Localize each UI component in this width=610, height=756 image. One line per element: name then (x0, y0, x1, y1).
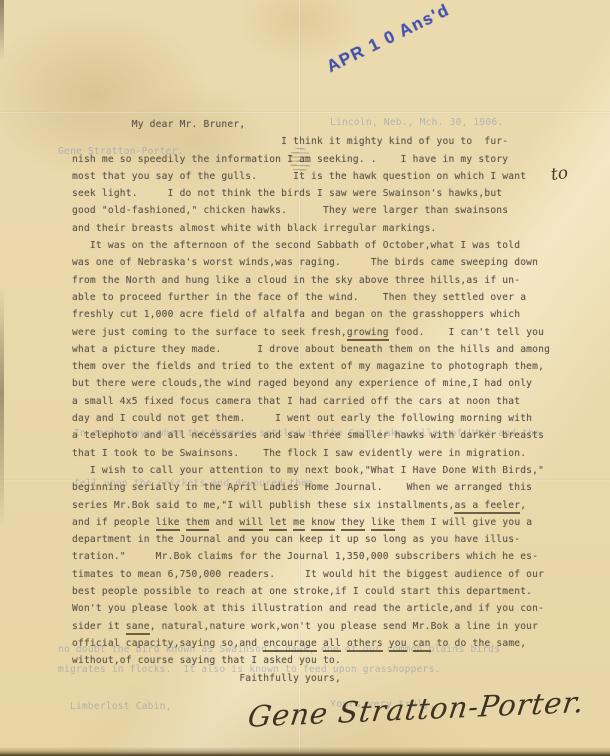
handwritten-marginal-note: to (550, 163, 570, 185)
letter-line: them over the fields and tried to the ex… (72, 358, 558, 375)
underlined-word: like (156, 517, 180, 531)
underlined-word: others (347, 638, 383, 652)
underlined-word: can (413, 638, 431, 652)
letter-line: It was on the afternoon of the second Sa… (72, 237, 558, 254)
underlined-word: as a feeler (454, 500, 520, 514)
letter-line: tration." Mr.Bok claims for the Journal … (72, 548, 558, 565)
letter-line: but there were clouds,the wind raged bey… (72, 375, 558, 392)
handwritten-signature: Gene Stratton-Porter. (246, 684, 600, 733)
letter-line: best people possible to reach at one str… (72, 583, 558, 600)
paper-left-edge-shadow (0, 0, 4, 756)
letter-line: freshly cut 1,000 acre field of alfalfa … (72, 306, 558, 323)
letter-line: department in the Journal and you can ke… (72, 531, 558, 548)
letter-line: Faithfully yours, (72, 670, 558, 687)
letter-line: most that you say of the gulls. It is th… (72, 168, 558, 185)
date-received-stamp: APR 1 0 Ans'd (324, 0, 454, 77)
letter-line: that I took to be Swainsons. The flock I… (72, 445, 558, 462)
underlined-word: they (341, 517, 365, 531)
letter-line: seek light. I do not think the birds I s… (72, 185, 558, 202)
letter-line: able to proceed further in the face of t… (72, 289, 558, 306)
underlined-word: them (186, 517, 210, 531)
horizontal-fold-crease-top (0, 111, 610, 114)
underlined-word: know (311, 517, 335, 531)
underlined-word: you (389, 638, 407, 652)
letter-line: timates to mean 6,750,000 readers. It wo… (72, 566, 558, 583)
underlined-word: like (371, 517, 395, 531)
letter-line: nish me so speedily the information I am… (72, 151, 558, 168)
underlined-word: encourage (263, 638, 317, 652)
letter-line: were just coming to the surface to seek … (72, 324, 558, 341)
letter-line: good "old-fashioned," chicken hawks. The… (72, 202, 558, 219)
letter-line: a small 4x5 fixed focus camera that I ha… (72, 393, 558, 410)
letter-line: day and I could not get them. I went out… (72, 410, 558, 427)
underlined-word: let (269, 517, 287, 531)
letter-body: My dear Mr. Bruner, I think it mighty ki… (72, 116, 558, 687)
letter-line: Won't you please look at this illustrati… (72, 600, 558, 617)
letter-line: was one of Nebraska's worst winds,was ra… (72, 254, 558, 271)
ink-smudge-mark (289, 147, 311, 173)
underlined-word: growing (347, 327, 389, 341)
letter-line: sider it sane, natural,nature work,won't… (72, 618, 558, 635)
underlined-word: all (323, 638, 341, 652)
letter-line: official capacity,saying so,and encourag… (72, 635, 558, 652)
letter-line: I wish to call your attention to my next… (72, 462, 558, 479)
letter-line: a telephoto and all necessaries and saw … (72, 427, 558, 444)
letter-line: beginning serially in the April Ladies H… (72, 479, 558, 496)
letter-line: what a picture they made. I drove about … (72, 341, 558, 358)
letter-line: My dear Mr. Bruner, (72, 116, 558, 133)
letter-line: and their breasts almost white with blac… (72, 220, 558, 237)
paper-bottom-edge-shadow (0, 747, 610, 756)
underlined-word: sane (126, 621, 150, 635)
letter-photo: { "stamp": { "text": "APR 1 0 Ans'd", "c… (0, 0, 610, 756)
ghost-address-text: Limberlost Cabin, (70, 701, 172, 712)
letter-line: without,of course saying that I asked yo… (72, 652, 558, 669)
underlined-word: will (239, 517, 263, 531)
letter-line: I think it mighty kind of you to fur- (72, 133, 558, 150)
underlined-word: me (293, 517, 305, 531)
letter-line: series Mr.Bok said to me,"I will publish… (72, 497, 558, 514)
letter-line: and if people like them and will let me … (72, 514, 558, 531)
letter-line: from the North and hung like a cloud in … (72, 272, 558, 289)
